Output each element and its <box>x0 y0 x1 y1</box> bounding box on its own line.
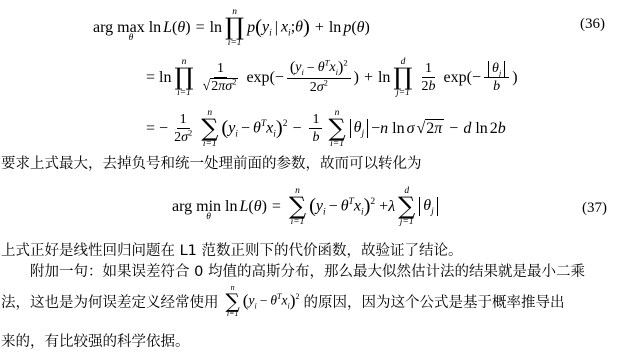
numerator: 1 <box>309 111 322 130</box>
var-x: x <box>281 19 288 36</box>
subscript: j <box>499 67 501 77</box>
equation-37-number: (37) <box>582 200 607 217</box>
sqrt-radical: √2πσ2 <box>203 78 239 96</box>
log-likelihood-term: L(θ) <box>163 19 190 37</box>
lower-limit: i=1 <box>330 139 344 149</box>
superscript: 2 <box>232 76 236 86</box>
equation-36-line1: arg max θ ln L(θ) = ln n ∏ i=1 p (yi|xi;… <box>93 7 370 48</box>
minus-sign: − <box>238 120 253 137</box>
var-L: L <box>163 19 172 36</box>
sum-sign: ∑ <box>398 196 415 216</box>
paragraph-remark-line2: 法，这也是为何误差定义经常使用 n ∑ i=1 (yi−θTxi)2 的原因，因… <box>1 284 564 319</box>
paragraph-remark-line3: 来的，有比较强的科学依据。 <box>1 330 190 351</box>
plus-sign: + <box>364 69 373 87</box>
superscript: 2 <box>324 78 328 88</box>
paren: ) <box>185 19 190 36</box>
conditional-probability-term: (yi|xi;θ) <box>255 16 310 39</box>
lower-limit: i=1 <box>228 38 242 48</box>
paragraph-remark-line1: 附加一句：如果误差符合 0 均值的高斯分布，那么最大似然估计法的结果就是最小二乘 <box>30 260 585 281</box>
op-ln: ln <box>475 120 487 138</box>
var-theta: θ <box>253 120 261 137</box>
denominator: b <box>309 129 322 147</box>
op-ln: ln <box>159 69 171 87</box>
superscript: 2 <box>370 197 375 207</box>
under-theta: θ <box>206 213 211 223</box>
denominator: 2σ2 <box>307 79 331 97</box>
sum-sign: ∑ <box>328 118 345 138</box>
product-operator: n ∏ i=1 <box>225 7 244 48</box>
digit-one: 1 <box>425 61 432 76</box>
minus-sign: − <box>292 120 301 138</box>
term-2b: 2b <box>490 120 506 138</box>
lower-limit: i=1 <box>203 139 217 149</box>
var-b: b <box>498 120 506 137</box>
lower-limit: i=1 <box>177 88 191 98</box>
sum-operator: d ∑ j=1 <box>398 186 415 227</box>
op-ln: ln <box>210 19 222 37</box>
var-theta: θ <box>318 61 325 76</box>
squared-residual-term: (yi−θTxi)2 <box>221 117 287 140</box>
product-operator: d ∏ j=1 <box>393 57 412 98</box>
product-sign: ∏ <box>225 17 244 37</box>
var-x: x <box>354 198 361 215</box>
minus-sign: − <box>449 120 458 138</box>
digit-one: 1 <box>180 112 187 127</box>
plus-sign: + <box>379 198 388 216</box>
var-lambda: λ <box>388 198 395 216</box>
paren: ) <box>262 198 267 215</box>
minus-sign: − <box>371 120 380 138</box>
absolute-value: θj <box>350 119 369 137</box>
argmax-operator: max θ <box>117 19 145 37</box>
numerator: (yi−θTxi)2 <box>287 58 351 79</box>
paren: ( <box>255 16 262 38</box>
var-b: b <box>493 79 500 94</box>
equals-sign: = <box>272 198 281 216</box>
var-theta: θ <box>295 19 303 36</box>
minus-sign: − <box>159 120 168 138</box>
var-n: n <box>380 120 388 138</box>
var-sigma: σ <box>407 120 415 138</box>
conditional-bar: | <box>272 19 281 36</box>
denominator: 2σ2 <box>171 129 195 147</box>
var-sigma: σ <box>181 130 188 145</box>
radicand: 2πσ2 <box>210 78 238 94</box>
paragraph-conclusion: 上式正好是线性回归问题在 L1 范数正则下的代价函数，故验证了结论。 <box>1 239 463 260</box>
lower-limit: j=1 <box>396 88 410 98</box>
var-b: b <box>312 130 319 145</box>
laplace-exponent-fraction: θj b <box>484 60 509 96</box>
digit-one: 1 <box>312 112 319 127</box>
density-term: p <box>247 19 255 37</box>
equals-sign: = <box>196 19 205 37</box>
sum-sign: ∑ <box>201 118 218 138</box>
sum-sign: ∑ <box>289 196 306 216</box>
var-d: d <box>463 120 471 138</box>
paren: ) <box>512 69 517 87</box>
denominator: 2b <box>419 78 439 96</box>
var-sigma: σ <box>317 80 324 95</box>
minus-sign: − <box>326 198 341 215</box>
variance-fraction: 1 2σ2 <box>171 111 195 147</box>
minus-sign: − <box>304 61 318 76</box>
numerator: 1 <box>422 60 435 79</box>
paren: ( <box>309 195 316 217</box>
superscript: 2 <box>283 119 288 129</box>
equation-36-number: (36) <box>580 16 605 33</box>
log-likelihood-term: L(θ) <box>239 198 266 216</box>
equation-37: arg min θ ln L(θ) = n ∑ i=1 (yi−θTxi)2 +… <box>172 186 439 227</box>
gaussian-exponent-fraction: (yi−θTxi)2 2σ2 <box>287 58 351 97</box>
subscript: j <box>431 208 434 218</box>
argmin-operator: min θ <box>196 198 221 216</box>
lower-limit: j=1 <box>400 217 414 227</box>
var-theta: θ <box>341 198 349 215</box>
digit-two: 2 <box>490 120 498 137</box>
equals-sign: = <box>146 120 155 138</box>
var-theta: θ <box>357 19 365 36</box>
minus-sign: − <box>257 293 271 308</box>
op-arg: arg <box>172 198 192 216</box>
product-operator: n ∏ i=1 <box>174 57 193 98</box>
scale-fraction: 1 b <box>309 111 322 147</box>
op-ln: ln <box>378 69 390 87</box>
digit-two: 2 <box>310 80 317 95</box>
op-exp: exp <box>444 69 467 87</box>
sum-operator: n ∑ i=1 <box>226 284 240 319</box>
op-ln: ln <box>329 19 341 37</box>
digit-two: 2 <box>422 79 429 94</box>
var-theta: θ <box>492 61 499 76</box>
absolute-value: θj <box>419 197 438 215</box>
remark-text-before-formula: 法，这也是为何误差定义经常使用 <box>1 291 219 312</box>
superscript: 2 <box>188 127 192 137</box>
product-sign: ∏ <box>174 67 193 87</box>
equation-36-line3: = − 1 2σ2 n ∑ i=1 (yi−θTxi)2 − 1 b n ∑ i… <box>146 108 506 149</box>
var-pi: π <box>434 120 442 137</box>
numerator: 1 <box>177 111 190 130</box>
paren: ) <box>276 117 283 139</box>
op-arg: arg <box>93 19 113 37</box>
var-theta: θ <box>423 197 431 214</box>
superscript: 2 <box>295 292 299 301</box>
document-page: { "colors": { "background": "#ffffff", "… <box>0 0 624 361</box>
var-y: y <box>316 198 323 215</box>
lower-limit: i=1 <box>227 310 239 319</box>
denominator: b <box>490 78 503 96</box>
paren: ) <box>354 69 359 87</box>
subscript: j <box>361 130 364 140</box>
digit-two: 2 <box>174 130 181 145</box>
var-theta: θ <box>254 198 262 215</box>
radical-sign: √ <box>417 120 426 137</box>
equation-36-line2: = ln n ∏ i=1 1 √2πσ2 exp ( − (yi−θTxi)2 … <box>146 57 518 98</box>
sum-sign: ∑ <box>226 293 240 310</box>
laplace-normalizer-fraction: 1 2b <box>419 60 439 96</box>
denominator: √2πσ2 <box>200 78 242 96</box>
op-exp: exp <box>246 69 269 87</box>
paragraph-transition: 要求上式最大，去掉负号和统一处理前面的参数，故而可以转化为 <box>1 152 422 173</box>
var-b: b <box>429 79 436 94</box>
sum-operator: n ∑ i=1 <box>328 108 345 149</box>
op-ln: ln <box>225 198 237 216</box>
remark-text-after-formula: 的原因，因为这个公式是基于概率推导出 <box>303 291 564 312</box>
numerator: 1 <box>214 60 227 79</box>
product-sign: ∏ <box>393 67 412 87</box>
prior-term: p(θ) <box>343 19 370 37</box>
sum-operator: n ∑ i=1 <box>289 186 306 227</box>
squared-residual-term: (yi−θTxi)2 <box>309 195 375 218</box>
op-ln: ln <box>149 19 161 37</box>
sqrt-radical: √2π <box>417 120 445 138</box>
under-theta: θ <box>129 34 134 44</box>
lower-limit: i=1 <box>291 217 305 227</box>
var-p: p <box>247 19 255 36</box>
superscript: 2 <box>343 58 347 68</box>
paren: ) <box>303 16 310 38</box>
sum-operator: n ∑ i=1 <box>201 108 218 149</box>
minus-sign: − <box>275 69 284 87</box>
equals-sign: = <box>146 69 155 87</box>
digit-one: 1 <box>217 61 224 76</box>
op-ln: ln <box>392 120 404 138</box>
gaussian-normalizer-fraction: 1 √2πσ2 <box>200 60 242 96</box>
inline-sum-of-squares-formula: n ∑ i=1 (yi−θTxi)2 <box>223 284 300 319</box>
radicand: 2π <box>425 119 444 137</box>
minus-sign: − <box>472 69 481 87</box>
absolute-value: θj <box>488 61 505 77</box>
squared-residual-term: (yi−θTxi)2 <box>243 291 300 311</box>
plus-sign: + <box>315 19 324 37</box>
numerator: θj <box>484 60 509 79</box>
paren: ) <box>365 19 370 36</box>
